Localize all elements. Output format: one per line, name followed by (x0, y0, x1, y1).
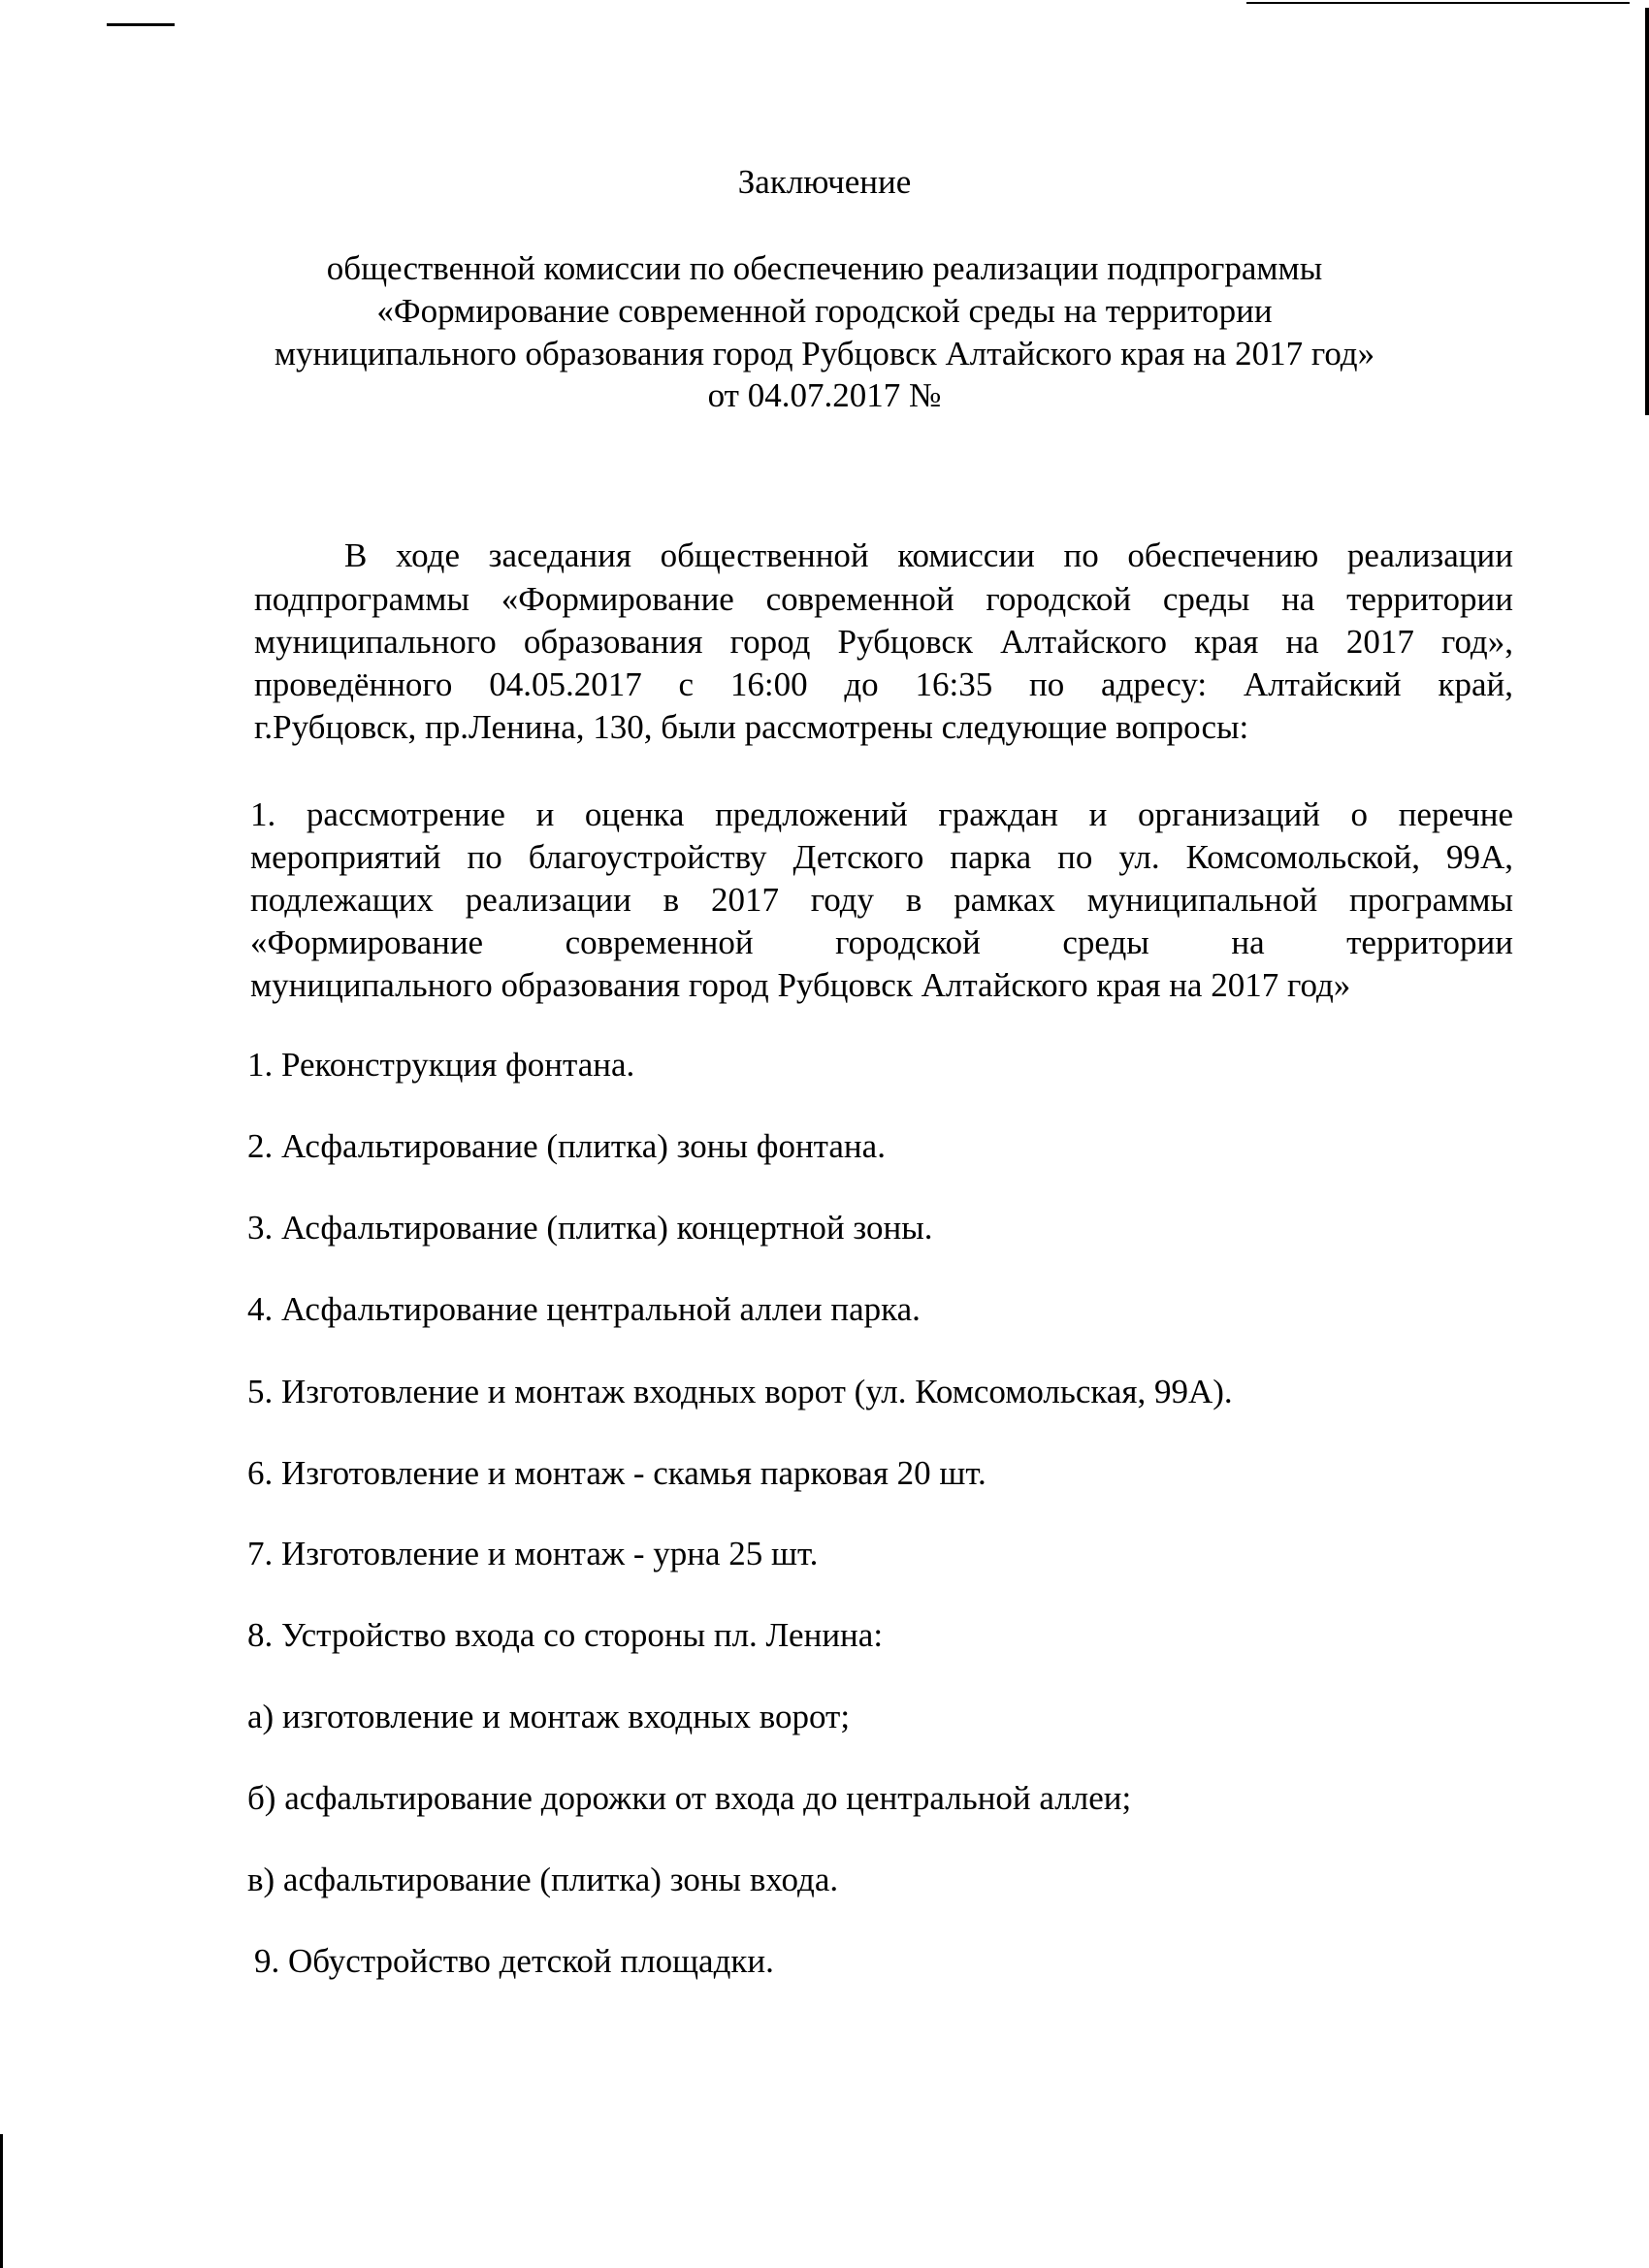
question-line-1: 1. рассмотрение и оценка предложений гра… (250, 794, 1513, 836)
question-line-3: подлежащих реализации в 2017 году в рамк… (250, 879, 1513, 922)
list-item-7: 7. Изготовление и монтаж - урна 25 шт. (247, 1533, 818, 1575)
subtitle-line-4: от 04.07.2017 № (0, 374, 1649, 417)
list-item-3: 3. Асфальтирование (плитка) концертной з… (247, 1207, 933, 1249)
list-item-9: 9. Обустройство детской площадки. (254, 1940, 774, 1983)
subtitle-line-2: «Формирование современной городской сред… (0, 290, 1649, 333)
scan-artifact-top-right-line (1246, 2, 1630, 4)
question-line-4: «Формирование современной городской сред… (250, 922, 1513, 964)
list-item-8c: в) асфальтирование (плитка) зоны входа. (247, 1859, 838, 1901)
scan-artifact-top-left-line (107, 23, 175, 26)
scanned-document-page: Заключение общественной комиссии по обес… (0, 0, 1649, 2268)
intro-line-5: г.Рубцовск, пр.Ленина, 130, были рассмот… (254, 706, 1248, 749)
subtitle-line-1: общественной комиссии по обеспечению реа… (0, 247, 1649, 290)
question-line-2: мероприятий по благоустройству Детского … (250, 836, 1513, 879)
intro-line-2: подпрограммы «Формирование современной г… (254, 578, 1513, 621)
question-line-5: муниципального образования город Рубцовс… (250, 964, 1350, 1007)
intro-line-3: муниципального образования город Рубцовс… (254, 621, 1513, 664)
document-title: Заключение (0, 161, 1649, 204)
list-item-8: 8. Устройство входа со стороны пл. Ленин… (247, 1614, 883, 1657)
scan-artifact-left-edge-line (0, 2134, 3, 2268)
list-item-8b: б) асфальтирование дорожки от входа до ц… (247, 1777, 1131, 1820)
list-item-5: 5. Изготовление и монтаж входных ворот (… (247, 1371, 1233, 1413)
list-item-2: 2. Асфальтирование (плитка) зоны фонтана… (247, 1125, 886, 1168)
list-item-4: 4. Асфальтирование центральной аллеи пар… (247, 1288, 921, 1331)
intro-line-4: проведённого 04.05.2017 с 16:00 до 16:35… (254, 664, 1513, 706)
list-item-1: 1. Реконструкция фонтана. (247, 1044, 634, 1086)
list-item-8a: а) изготовление и монтаж входных ворот; (247, 1696, 850, 1738)
subtitle-line-3: муниципального образования город Рубцовс… (0, 333, 1649, 375)
intro-line-1: В ходе заседания общественной комиссии п… (344, 535, 1513, 577)
list-item-6: 6. Изготовление и монтаж - скамья парков… (247, 1452, 986, 1495)
